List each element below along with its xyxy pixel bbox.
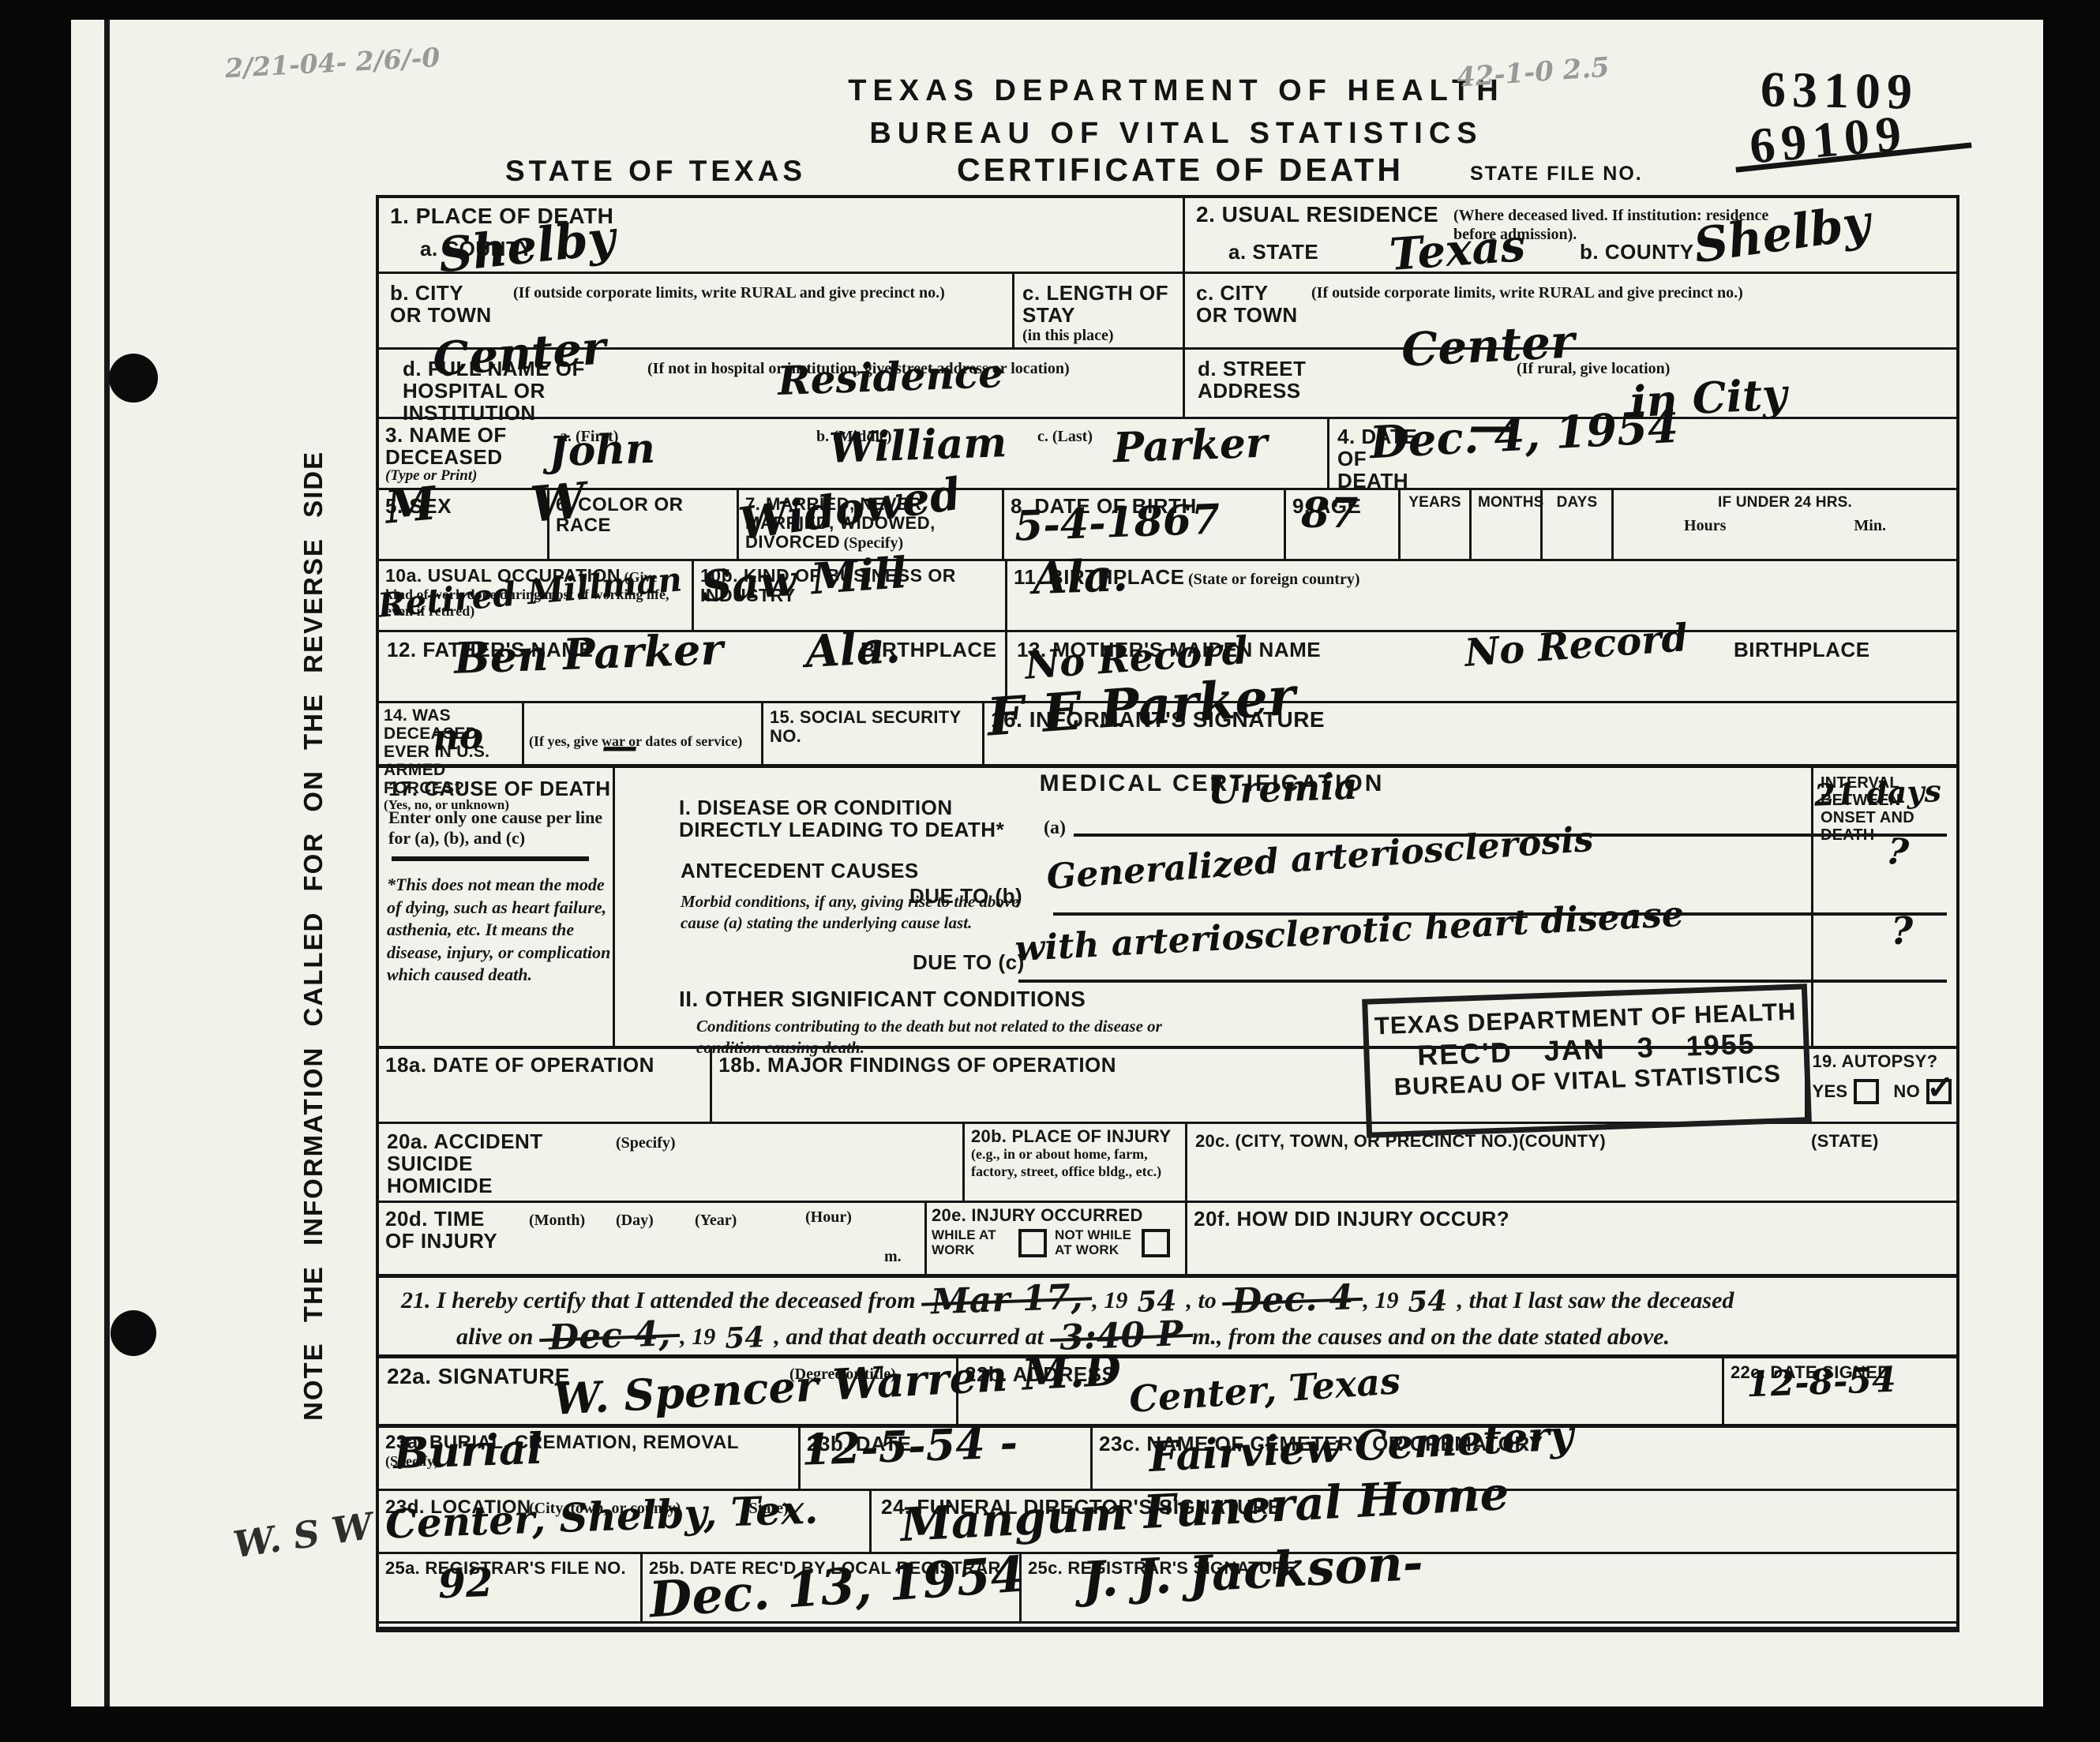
line-c-rule <box>1018 980 1947 983</box>
age-years-label: YEARS <box>1408 494 1461 511</box>
cause-note2: *This does not mean the mode of dying, s… <box>387 874 617 987</box>
under-24hrs-label: IF UNDER 24 HRS. <box>1620 495 1950 511</box>
year-label: (Year) <box>695 1211 737 1230</box>
age-value: 87 <box>1301 489 1358 538</box>
header-department: TEXAS DEPARTMENT OF HEALTH <box>821 74 1532 108</box>
attended-from-date: Mar 17, <box>921 1297 1092 1306</box>
age-days-label: DAYS <box>1557 494 1598 511</box>
father-name-value: Ben Parker <box>453 624 724 684</box>
injury-occurred-label: 20e. INJURY OCCURRED <box>932 1205 1143 1225</box>
injury-occurred-cell: 20e. INJURY OCCURRED WHILE AT WORK NOT W… <box>927 1203 1187 1274</box>
date-of-birth-value: 5-4-1867 <box>1014 495 1221 550</box>
autopsy-yes-label: YES <box>1812 1082 1847 1101</box>
usual-residence-label: 2. USUAL RESIDENCE <box>1196 203 1438 227</box>
residence-county-label: b. COUNTY <box>1580 241 1694 263</box>
ssn-label: 15. SOCIAL SECURITY NO. <box>770 707 961 746</box>
injury-county-label: (COUNTY) <box>1519 1132 1606 1151</box>
certify-line-2: alive on Dec 4,, 1954, and that death oc… <box>456 1319 1952 1355</box>
reverse-side-note: NOTE THE INFORMATION CALLED FOR ON THE R… <box>298 403 328 1421</box>
time-of-injury-cell: 20d. TIME OF INJURY (Month) (Day) (Year)… <box>379 1203 927 1274</box>
city-or-town-label: b. CITY OR TOWN <box>390 282 493 326</box>
autopsy-no-label: NO <box>1893 1082 1920 1101</box>
time-of-death-value: 3:40 P <box>1050 1334 1193 1342</box>
length-of-stay-label: c. LENGTH OF STAY <box>1022 282 1172 326</box>
under-24hrs-cell: IF UNDER 24 HRS. Hours Min. <box>1614 490 1956 559</box>
punch-hole <box>109 354 158 403</box>
residence-city-value: Center <box>1400 314 1576 376</box>
due-to-b-label: DUE TO (b) <box>909 885 1022 907</box>
birthplace-note: (State or foreign country) <box>1188 571 1360 588</box>
occurred-words: , and that death occurred at <box>774 1324 1044 1350</box>
place-of-injury-note: (e.g., in or about home, farm, factory, … <box>971 1146 1161 1179</box>
attended-from-year: 54 <box>1127 1301 1186 1303</box>
place-of-injury-cell: 20b. PLACE OF INJURY (e.g., in or about … <box>965 1124 1187 1201</box>
middle-name-value: William <box>828 418 1007 473</box>
last-alive-year: 54 <box>715 1337 774 1339</box>
autopsy-label: 19. AUTOPSY? <box>1812 1051 1937 1071</box>
accident-cell: 20a. ACCIDENT SUICIDE HOMICIDE (Specify) <box>379 1124 965 1201</box>
residence-city-label: c. CITY OR TOWN <box>1196 282 1299 326</box>
burial-date-value: 12-5-54 - <box>801 1417 1018 1475</box>
check-icon: ✓ <box>1926 1068 1954 1107</box>
time-of-injury-label: 20d. TIME OF INJURY <box>385 1208 504 1252</box>
injury-state-label: (STATE) <box>1811 1132 1879 1151</box>
autopsy-cell: 19. AUTOPSY? YES NO ✓ <box>1807 1049 1956 1122</box>
birthplace-cell: 11. BIRTHPLACE (State or foreign country… <box>1007 561 1956 630</box>
alive-on-word: alive on <box>456 1324 534 1350</box>
due-to-c-label: DUE TO (c) <box>913 951 1025 973</box>
m-label: m. <box>884 1247 902 1266</box>
age-months-cell: MONTHS <box>1472 490 1543 559</box>
last-alive-date: Dec 4, <box>539 1334 680 1342</box>
while-at-work-label: WHILE AT WORK <box>932 1228 1011 1257</box>
header-bureau: BUREAU OF VITAL STATISTICS <box>821 117 1532 151</box>
hours-label: Hours <box>1684 516 1726 535</box>
armed-forces-war-cell: (If yes, give war or dates of service) <box>524 703 763 764</box>
autopsy-yes-checkbox <box>1854 1079 1879 1104</box>
registrar-file-value: 92 <box>437 1559 494 1607</box>
residence-state-value: Texas <box>1388 219 1527 281</box>
residence-state-label: a. STATE <box>1228 241 1318 263</box>
injury-city-cell: 20c. (CITY, TOWN, OR PRECINCT NO.) (COUN… <box>1187 1124 1956 1201</box>
date-of-operation-label: 18a. DATE OF OPERATION <box>385 1053 654 1077</box>
registrar-file-label: 25a. REGISTRAR'S FILE NO. <box>385 1558 626 1578</box>
last-name-label: c. (Last) <box>1037 427 1093 446</box>
other-significant-label: II. OTHER SIGNIFICANT CONDITIONS <box>679 987 1086 1011</box>
row-accident: 20a. ACCIDENT SUICIDE HOMICIDE (Specify)… <box>379 1124 1956 1203</box>
age-days-cell: DAYS <box>1543 490 1614 559</box>
row-certify-statement: 21. I hereby certify that I attended the… <box>379 1278 1956 1358</box>
birthplace-value: Ala. <box>1032 549 1129 605</box>
date-of-operation-cell: 18a. DATE OF OPERATION <box>379 1049 712 1122</box>
physician-signature-label: 22a. SIGNATURE <box>387 1365 570 1388</box>
city-note: (If outside corporate limits, write RURA… <box>513 283 955 302</box>
last-name-value: Parker <box>1112 419 1268 473</box>
race-value: W <box>528 471 588 534</box>
certify-tail-2: m., from the causes and on the date stat… <box>1192 1324 1670 1350</box>
while-at-work-checkbox <box>1018 1229 1047 1257</box>
min-label: Min. <box>1854 516 1886 535</box>
injury-city-label: 20c. (CITY, TOWN, OR PRECINCT NO.) <box>1195 1132 1519 1151</box>
received-stamp: TEXAS DEPARTMENT OF HEALTH REC'D JAN 3 1… <box>1362 983 1812 1138</box>
armed-forces-note2: (If yes, give war or dates of service) <box>529 733 756 751</box>
how-injury-cell: 20f. HOW DID INJURY OCCUR? <box>1187 1203 1956 1274</box>
row-time-of-injury: 20d. TIME OF INJURY (Month) (Day) (Year)… <box>379 1203 1956 1278</box>
interval-c-value: ? <box>1891 909 1913 953</box>
accident-label: 20a. ACCIDENT SUICIDE HOMICIDE <box>387 1130 545 1197</box>
header-state-of-texas: STATE OF TEXAS <box>505 155 806 188</box>
disease-condition-label: I. DISEASE OR CONDITION DIRECTLY LEADING… <box>679 796 1026 841</box>
interval-a-value: 21 days <box>1813 773 1941 813</box>
divider <box>392 856 589 861</box>
name-label: 3. NAME OF DECEASED <box>385 424 559 468</box>
street-address-label: d. STREET ADDRESS <box>1198 358 1340 402</box>
line-a-tag: (a) <box>1044 817 1066 840</box>
major-findings-label: 18b. MAJOR FINDINGS OF OPERATION <box>718 1053 1116 1077</box>
father-birthplace-value: Ala. <box>804 621 902 678</box>
attended-to-year: 54 <box>1399 1301 1457 1303</box>
ssn-cell: 15. SOCIAL SECURITY NO. <box>763 703 984 764</box>
armed-forces-value: no <box>432 714 485 759</box>
divider <box>1811 768 1813 1046</box>
residence-city-note: (If outside corporate limits, write RURA… <box>1311 283 1880 302</box>
month-label: (Month) <box>529 1211 585 1230</box>
hour-label: (Hour) <box>805 1208 852 1227</box>
accident-note: (Specify) <box>616 1133 676 1152</box>
printed-19: , 19 <box>680 1324 715 1350</box>
length-of-stay-cell: c. LENGTH OF STAY (in this place) <box>1014 274 1183 347</box>
to-word: , to <box>1186 1287 1216 1313</box>
place-of-injury-label: 20b. PLACE OF INJURY <box>971 1126 1171 1146</box>
printed-19: , 19 <box>1363 1287 1398 1313</box>
scan-edge-line <box>104 20 110 1706</box>
place-institution-value: Residence <box>777 350 1004 404</box>
printed-19: , 19 <box>1092 1287 1127 1313</box>
how-injury-label: 20f. HOW DID INJURY OCCUR? <box>1194 1207 1509 1231</box>
date-signed-value: 12-8-54 <box>1746 1360 1896 1406</box>
punch-hole <box>111 1310 156 1356</box>
cause-a-value: Uremia <box>1207 765 1358 813</box>
first-name-value: John <box>548 425 656 477</box>
certify-tail-1: , that I last saw the deceased <box>1457 1287 1734 1313</box>
not-while-at-work-label: NOT WHILE AT WORK <box>1055 1228 1134 1257</box>
registrar-file-cell: 25a. REGISTRAR'S FILE NO. <box>379 1554 643 1621</box>
certificate-title: CERTIFICATE OF DEATH <box>868 152 1492 189</box>
length-of-stay-note: (in this place) <box>1022 326 1114 345</box>
antecedent-causes-label: ANTECEDENT CAUSES <box>681 860 919 882</box>
burial-value: Burial <box>392 1423 543 1479</box>
mother-birthplace-label: BIRTHPLACE <box>1734 639 1870 661</box>
certify-lead: 21. I hereby certify that I attended the… <box>401 1287 916 1313</box>
age-months-label: MONTHS <box>1478 494 1544 511</box>
state-file-no-label: STATE FILE NO. <box>1470 163 1643 185</box>
age-years-cell: YEARS <box>1401 490 1472 559</box>
cause-note1: Enter only one cause per line for (a), (… <box>388 807 603 849</box>
day-label: (Day) <box>616 1211 654 1230</box>
autopsy-no-checkbox: ✓ <box>1926 1079 1952 1104</box>
attended-to-date: Dec. 4 <box>1222 1298 1363 1306</box>
not-while-at-work-checkbox <box>1142 1229 1170 1257</box>
sex-value: M <box>383 476 438 534</box>
scanned-death-certificate: NOTE THE INFORMATION CALLED FOR ON THE R… <box>0 0 2100 1742</box>
cause-of-death-label: 17. CAUSE OF DEATH <box>388 777 611 800</box>
armed-forces-dash: — <box>602 725 638 767</box>
